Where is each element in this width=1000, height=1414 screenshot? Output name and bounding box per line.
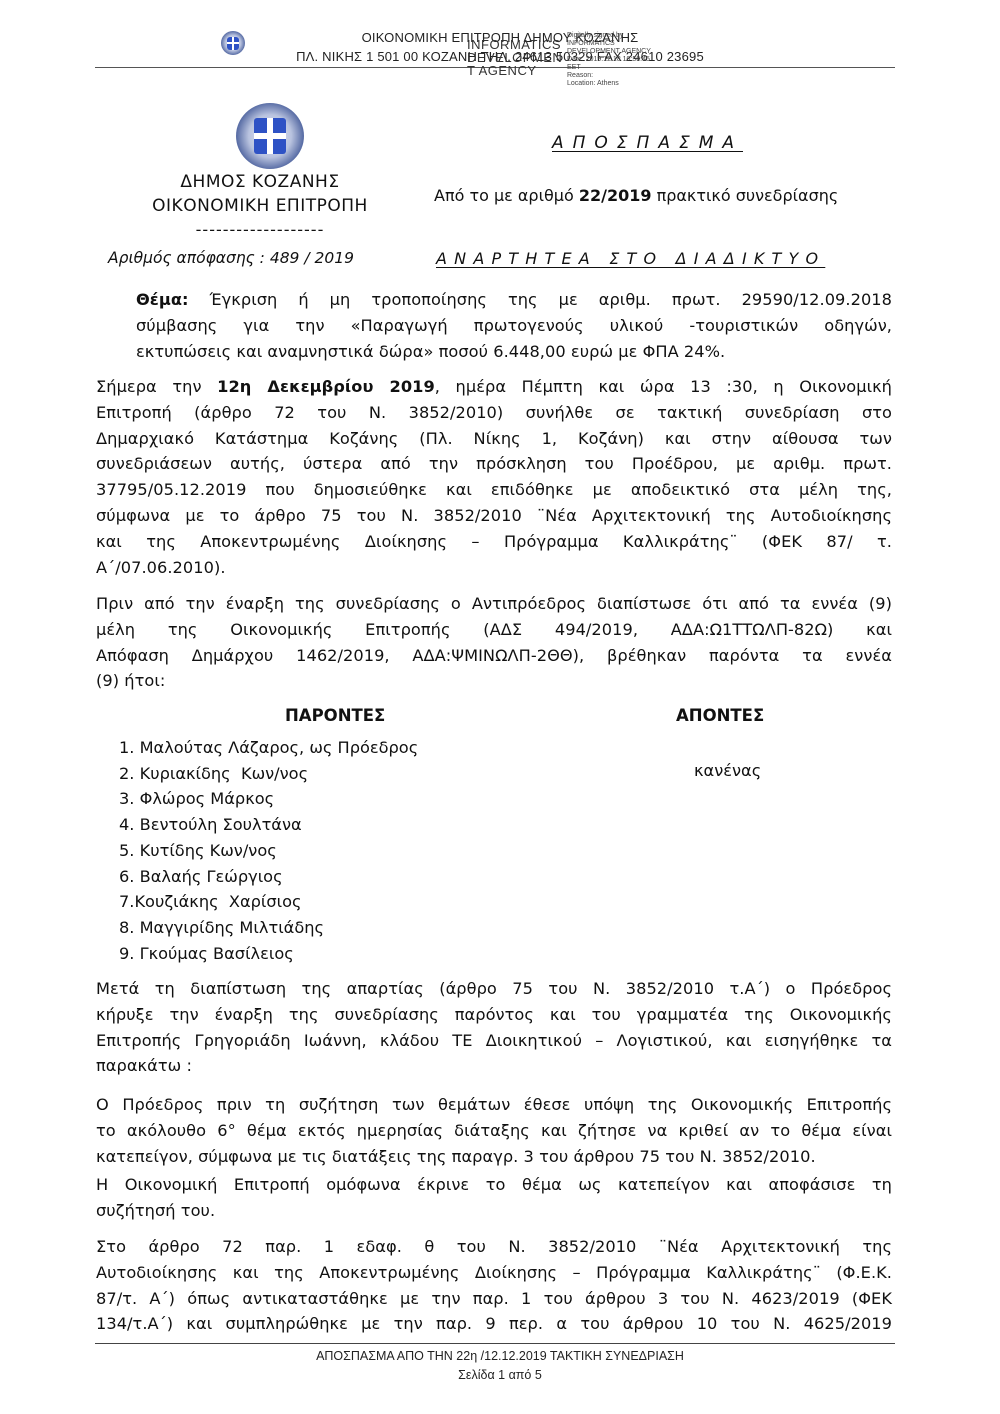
meeting-line: σύμφωνα με το άρθρο 75 του Ν. 3852/2010 …	[96, 503, 892, 529]
minutes-prefix: Από το με αριθμό	[434, 186, 579, 205]
list-item: 7.Κουζιάκης Χαρίσιος	[119, 889, 418, 915]
digital-signature-details: Digitally signed by INFORMATICS DEVELOPM…	[567, 32, 651, 88]
absent-heading: ΑΠΟΝΤΕΣ	[676, 706, 764, 725]
committee-name: ΟΙΚΟΝΟΜΙΚΗ ΕΠΙΤΡΟΠΗ	[100, 196, 420, 216]
urgent-item-paragraph: Ο Πρόεδρος πριν τη συζήτηση των θεμάτων …	[96, 1092, 892, 1169]
minutes-number: 22/2019	[579, 186, 652, 205]
title-separator: -------------------	[100, 220, 420, 239]
meeting-paragraph: Σήμερα την 12η Δεκεμβρίου 2019, ημέρα Πέ…	[96, 374, 892, 580]
page-number: Σελίδα 1 από 5	[0, 1368, 1000, 1382]
list-item: 3. Φλώρος Μάρκος	[119, 786, 418, 812]
legal-line: 134/τ.Α΄) και συμπληρώθηκε με την παρ. 9…	[96, 1311, 892, 1337]
list-item: 1. Μαλούτας Λάζαρος, ως Πρόεδρος	[119, 735, 418, 761]
legal-basis-paragraph: Στο άρθρο 72 παρ. 1 εδαφ. θ του Ν. 3852/…	[96, 1234, 892, 1337]
opening-paragraph: Μετά τη διαπίστωση της απαρτίας (άρθρο 7…	[96, 976, 892, 1079]
legal-line: Στο άρθρο 72 παρ. 1 εδαφ. θ του Ν. 3852/…	[96, 1234, 892, 1260]
meeting-line: Α΄/07.06.2010).	[96, 555, 892, 581]
footer-session-reference: ΑΠΟΣΠΑΣΜΑ ΑΠΟ ΤΗΝ 22η /12.12.2019 ΤΑΚΤΙΚ…	[0, 1349, 1000, 1363]
list-item: 6. Βαλαής Γεώργιος	[119, 864, 418, 890]
urgent-line: το ακόλουθο 6° θέμα εκτός ημερησίας διάτ…	[96, 1118, 892, 1144]
opening-line: κήρυξε την έναρξη της συνεδρίασης παρόντ…	[96, 1002, 892, 1028]
meeting-line: συνεδριάσεων αυτής, ύστερα από την πρόσκ…	[96, 451, 892, 477]
post-online-notice: ΑΝΑΡΤΗΤΕΑ ΣΤΟ ΔΙΑΔΙΚΤΥΟ	[436, 249, 825, 268]
opening-line: Επιτροπής Γρηγοριάδη Ιωάννη, κλάδου ΤΕ Δ…	[96, 1028, 892, 1054]
quorum-line: Πριν από την έναρξη της συνεδρίασης ο Αν…	[96, 591, 892, 617]
list-item: 9. Γκούμας Βασίλειος	[119, 941, 418, 967]
list-item: 8. Μαγγιρίδης Μιλτιάδης	[119, 915, 418, 941]
opening-line: παρακάτω :	[96, 1053, 892, 1079]
absent-members: κανένας	[694, 761, 761, 780]
quorum-line: (9) ήτοι:	[96, 668, 892, 694]
legal-line: Αυτοδιοίκησης και της Αποκεντρωμένης Διο…	[96, 1260, 892, 1286]
minutes-suffix: πρακτικό συνεδρίασης	[651, 186, 838, 205]
greek-emblem-icon	[236, 103, 304, 169]
subject-line-1: Θέμα: Έγκριση ή μη τροποποίησης της με α…	[136, 287, 892, 313]
meeting-date: 12η Δεκεμβρίου 2019	[217, 377, 435, 396]
quorum-line: μέλη της Οικονομικής Επιτροπής (ΑΔΣ 494/…	[96, 617, 892, 643]
subject-label: Θέμα:	[136, 290, 189, 309]
legal-line: 87/τ. Α΄) όπως αντικαταστάθηκε με την πα…	[96, 1286, 892, 1312]
meeting-line1-rest: , ημέρα Πέμπτη και ώρα 13 :30, η Οικονομ…	[435, 377, 892, 396]
decision-line: συζήτησή του.	[96, 1198, 892, 1224]
subject-line-3: εκτυπώσεις και αναμνηστικά δώρα» ποσού 6…	[136, 339, 892, 365]
digital-signature-name: INFORMATICS DEVELOPMEN T AGENCY	[467, 38, 562, 77]
decision-line: Η Οικονομική Επιτροπή ομόφωνα έκρινε το …	[96, 1172, 892, 1198]
meeting-line: Σήμερα την 12η Δεκεμβρίου 2019, ημέρα Πέ…	[96, 374, 892, 400]
subject-line-2: σύμβασης για την «Παραγωγή πρωτογενούς υ…	[136, 313, 892, 339]
meeting-prefix: Σήμερα την	[96, 377, 217, 396]
list-item: 2. Κυριακίδης Κων/νος	[119, 761, 418, 787]
present-heading: ΠΑΡΟΝΤΕΣ	[285, 706, 385, 725]
meeting-line: Επιτροπή (άρθρο 72 του Ν. 3852/2010) συν…	[96, 400, 892, 426]
urgent-line: κατεπείγον, σύμφωνα με τις διατάξεις της…	[96, 1144, 892, 1170]
opening-line: Μετά τη διαπίστωση της απαρτίας (άρθρο 7…	[96, 976, 892, 1002]
meeting-line: Δημαρχιακό Κατάστημα Κοζάνης (Πλ. Νίκης …	[96, 426, 892, 452]
urgency-decision-paragraph: Η Οικονομική Επιτροπή ομόφωνα έκρινε το …	[96, 1172, 892, 1224]
list-item: 5. Κυτίδης Κων/νος	[119, 838, 418, 864]
municipality-name: ΔΗΜΟΣ ΚΟΖΑΝΗΣ	[100, 172, 420, 192]
meeting-line: 37795/05.12.2019 που δημοσιεύθηκε και επ…	[96, 477, 892, 503]
present-members-list: 1. Μαλούτας Λάζαρος, ως Πρόεδρος 2. Κυρι…	[119, 735, 418, 966]
minutes-reference: Από το με αριθμό 22/2019 πρακτικό συνεδρ…	[434, 186, 838, 205]
decision-number: Αριθμός απόφασης : 489 / 2019	[108, 249, 354, 267]
subject-text: Έγκριση ή μη τροποποίησης της με αριθμ. …	[189, 290, 892, 309]
document-type-heading: ΑΠΟΣΠΑΣΜΑ	[552, 133, 743, 153]
list-item: 4. Βεντούλη Σουλτάνα	[119, 812, 418, 838]
subject-paragraph: Θέμα: Έγκριση ή μη τροποποίησης της με α…	[136, 287, 892, 364]
quorum-paragraph: Πριν από την έναρξη της συνεδρίασης ο Αν…	[96, 591, 892, 694]
meeting-line: και της Αποκεντρωμένης Διοίκησης – Πρόγρ…	[96, 529, 892, 555]
urgent-line: Ο Πρόεδρος πριν τη συζήτηση των θεμάτων …	[96, 1092, 892, 1118]
footer-divider	[95, 1343, 895, 1344]
quorum-line: Απόφαση Δημάρχου 1462/2019, ΑΔΑ:ΨΜΙΝΩΛΠ-…	[96, 643, 892, 669]
